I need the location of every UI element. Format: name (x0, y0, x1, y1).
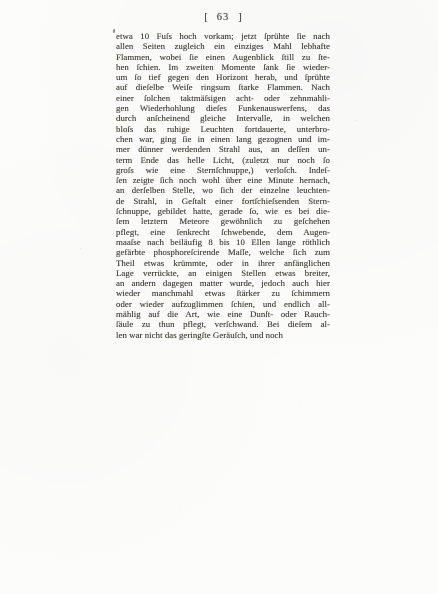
text-line: etwa 10 Fuſs hoch vorkam; jetzt ſprühte … (116, 31, 330, 41)
text-line: Flammen, wobei ſie einen Augenblick ſtil… (116, 52, 330, 62)
text-block: etwa 10 Fuſs hoch vorkam; jetzt ſprühte … (116, 31, 330, 340)
text-line: wieder manchmahl etwas ſtärker zu ſchimm… (116, 288, 330, 298)
header-close-bracket: ] (238, 12, 242, 23)
text-line: chen war, ging ſie in einen lang gezogne… (116, 134, 330, 144)
ink-speck (300, 402, 301, 403)
ink-speck (180, 505, 181, 506)
text-line: ſäule zu thun pflegt, verſchwand. Bei di… (116, 319, 330, 329)
ink-speck (356, 120, 357, 121)
header-open-bracket: [ (204, 12, 208, 23)
text-line: ſem letztern Meteore gewöhnlich zu geſch… (116, 216, 330, 226)
page-header: [63] (116, 12, 330, 23)
text-line: einer ſolchen taktmäſsigen acht- oder ze… (116, 93, 330, 103)
text-line: len war nicht das geringſte Geräuſch, un… (116, 330, 330, 340)
text-line: Lage verrückte, an einigen Stellen etwas… (116, 268, 330, 278)
text-line: gefärbte phosphoreſcirende Maſſe, welche… (116, 247, 330, 257)
text-line: term Ende das helle Licht, (zuletzt nur … (116, 155, 330, 165)
text-line: gen Wiederhohlung dieſes Funkenauswerfen… (116, 103, 330, 113)
text-line: groſs wie eine Sternſchnuppe,) verloſch.… (116, 165, 330, 175)
text-line: durch anſcheinend gleiche Intervalle, in… (116, 113, 330, 123)
text-line: maaſse nach beiläufig 8 bis 10 Ellen lan… (116, 237, 330, 247)
page-number: 63 (217, 12, 230, 23)
text-line: mählig auf die Art, wie eine Dunſt- oder… (116, 309, 330, 319)
text-line: ſen zeigte ſich noch wohl über eine Minu… (116, 175, 330, 185)
text-line: an derſelben Stelle, wo ſich der einzeln… (116, 185, 330, 195)
text-line: de Strahl, in Geſtalt einer fortſchieſse… (116, 196, 330, 206)
book-page-scan: [63] etwa 10 Fuſs hoch vorkam; jetzt ſpr… (0, 0, 438, 594)
text-line: Theil etwas krümmte, oder in ihrer anfän… (116, 258, 330, 268)
text-line: mer dünner werdenden Strahl aus, an deſſ… (116, 144, 330, 154)
text-line: an andern dagegen matter wurde, jedoch a… (116, 278, 330, 288)
text-line: um ſo tief gegen den Horizont herab, und… (116, 72, 330, 82)
text-line: bloſs das ruhige Leuchten fortdauerte, u… (116, 124, 330, 134)
ink-speck (113, 29, 115, 33)
ink-speck (80, 248, 81, 249)
text-line: allen Seiten zugleich ein einziges Mahl … (116, 41, 330, 51)
text-line: pflegt, eine ſenkrecht ſchwebende, dem A… (116, 227, 330, 237)
text-line: hen ſchien. Im zweiten Momente ſank ſie … (116, 62, 330, 72)
text-line: auf dieſelbe Weiſe ringsum ſtarke Flamme… (116, 82, 330, 92)
text-line: ſchnuppe, gebildet hatte, gerade ſo, wie… (116, 206, 330, 216)
text-line: oder wieder aufzuglimmen ſchien, und end… (116, 299, 330, 309)
